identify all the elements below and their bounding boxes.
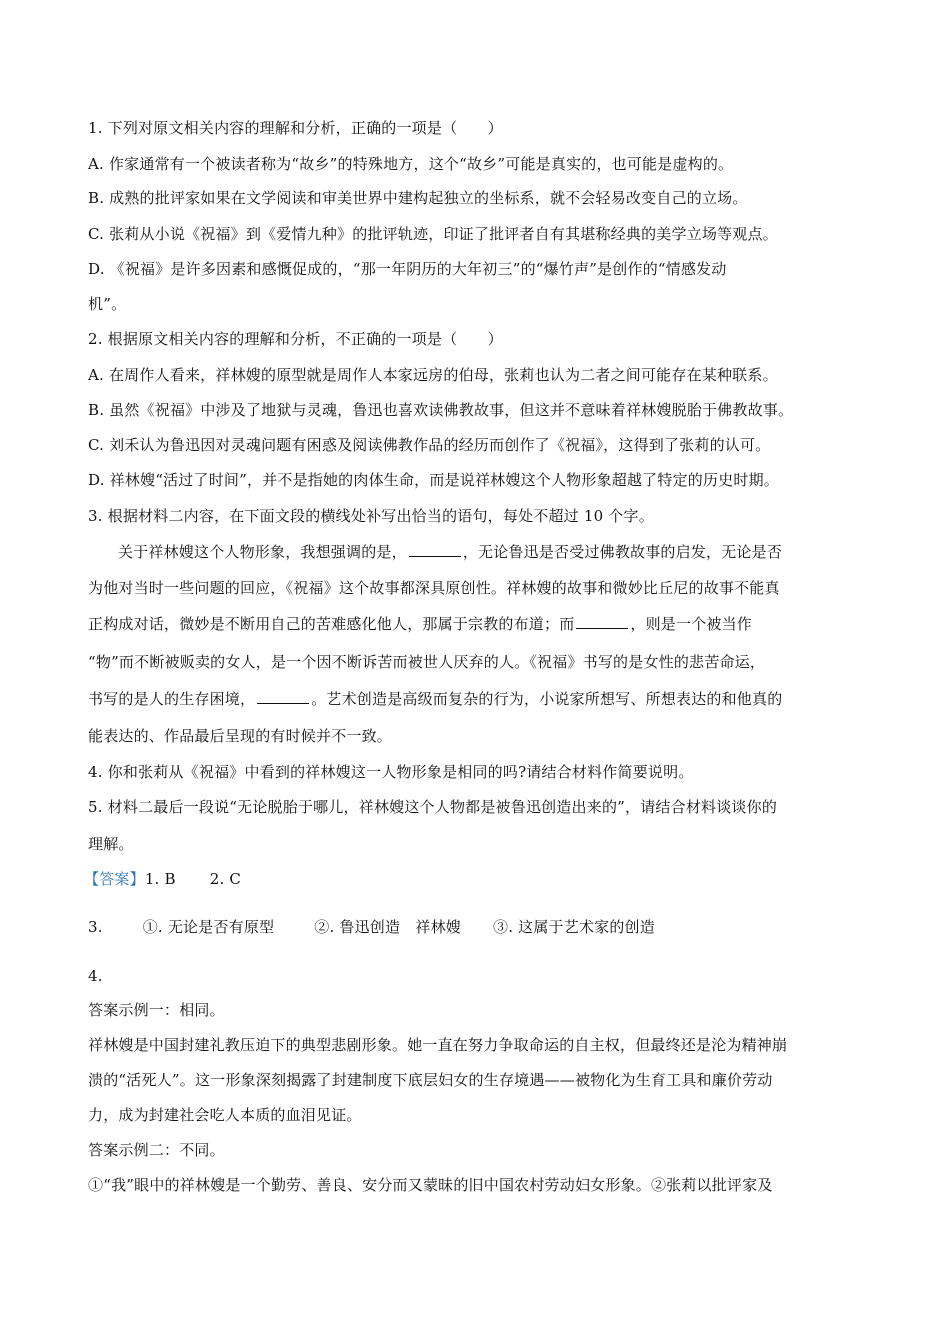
answer-2: 2. C bbox=[210, 870, 241, 888]
passage-line-2: 为他对当时一些问题的回应，《祝福》这个故事都深具原创性。祥林嫂的故事和微妙比丘尼… bbox=[88, 578, 780, 598]
question-4-stem: 4. 你和张莉从《祝福》中看到的祥林嫂这一人物形象是相同的吗?请结合材料作简要说… bbox=[88, 762, 694, 782]
passage-text: ，则是一个被当作 bbox=[630, 615, 752, 633]
answer-4-num: 4. bbox=[88, 966, 103, 986]
question-2-option-c: C. 刘禾认为鲁迅因对灵魂问题有困惑及阅读佛教作品的经历而创作了《祝福》，这得到… bbox=[88, 435, 770, 455]
passage-text: 关于祥林嫂这个人物形象，我想强调的是， bbox=[118, 543, 407, 561]
question-2-stem: 2. 根据原文相关内容的理解和分析，不正确的一项是（ ） bbox=[88, 329, 503, 349]
answer-4-line: 答案示例二：不同。 bbox=[88, 1140, 225, 1160]
question-1-option-d: D. 《祝福》是许多因素和感慨促成的，“那一年阴历的大年初三”的“爆竹声”是创作… bbox=[88, 259, 727, 279]
passage-line-1: 关于祥林嫂这个人物形象，我想强调的是，，无论鲁迅是否受过佛教故事的启发，无论是否 bbox=[118, 542, 782, 562]
answer-4-line: 答案示例一：相同。 bbox=[88, 1000, 225, 1020]
answer-3-num: 3. bbox=[88, 918, 103, 936]
question-1-stem: 1. 下列对原文相关内容的理解和分析，正确的一项是（ ） bbox=[88, 118, 503, 138]
passage-text: 书写的是人的生存困境， bbox=[88, 690, 255, 708]
question-2-option-d: D. 祥林嫂“活过了时间”，并不是指她的肉体生命，而是说祥林嫂这个人物形象超越了… bbox=[88, 470, 779, 490]
answer-3-item-1: ①. 无论是否有原型 bbox=[143, 918, 275, 936]
passage-line-6: 能表达的、作品最后呈现的有时候并不一致。 bbox=[88, 726, 392, 746]
answer-3-item-2: ②. 鲁迅创造 祥林嫂 bbox=[314, 918, 461, 936]
question-1-option-c: C. 张莉从小说《祝福》到《爱情九种》的批评轨迹，印证了批评者自有其堪称经典的美… bbox=[88, 224, 778, 244]
answer-3-item-3: ③. 这属于艺术家的创造 bbox=[493, 918, 655, 936]
answer-3: 3.①. 无论是否有原型②. 鲁迅创造 祥林嫂③. 这属于艺术家的创造 bbox=[88, 917, 655, 937]
answer-4-line: ①“我”眼中的祥林嫂是一个勤劳、善良、安分而又蒙昧的旧中国农村劳动妇女形象。②张… bbox=[88, 1175, 773, 1195]
question-1-option-a: A. 作家通常有一个被读者称为“故乡”的特殊地方，这个“故乡”可能是真实的，也可… bbox=[88, 154, 733, 174]
passage-text: 正构成对话，微妙是不断用自己的苦难感化他人，那属于宗教的布道；而 bbox=[88, 615, 574, 633]
fill-blank-2[interactable] bbox=[576, 614, 628, 629]
passage-text: 。艺术创造是高级而复杂的行为，小说家所想写、所想表达的和他真的 bbox=[311, 690, 782, 708]
answer-1: 1. B bbox=[145, 870, 176, 888]
question-5-stem: 5. 材料二最后一段说“无论脱胎于哪儿，祥林嫂这个人物都是被鲁迅创造出来的”，请… bbox=[88, 797, 777, 817]
question-2-option-a: A. 在周作人看来，祥林嫂的原型就是周作人本家远房的伯母，张莉也认为二者之间可能… bbox=[88, 365, 778, 385]
fill-blank-1[interactable] bbox=[409, 542, 461, 557]
passage-line-5: 书写的是人的生存困境，。艺术创造是高级而复杂的行为，小说家所想写、所想表达的和他… bbox=[88, 689, 782, 709]
passage-text: ，无论鲁迅是否受过佛教故事的启发，无论是否 bbox=[463, 543, 782, 561]
question-3-stem: 3. 根据材料二内容，在下面文段的横线处补写出恰当的语句，每处不超过 10 个字… bbox=[88, 506, 654, 526]
answer-tag: 【答案】 bbox=[84, 870, 145, 888]
answer-line-1: 【答案】1. B2. C bbox=[84, 869, 241, 889]
answer-4-line: 力，成为封建社会吃人本质的血泪见证。 bbox=[88, 1105, 362, 1125]
answer-4-line: 溃的“活死人”。这一形象深刻揭露了封建制度下底层妇女的生存境遇——被物化为生育工… bbox=[88, 1070, 773, 1090]
question-2-option-b: B. 虽然《祝福》中涉及了地狱与灵魂，鲁迅也喜欢读佛教故事，但这并不意味着祥林嫂… bbox=[88, 400, 793, 420]
passage-line-3: 正构成对话，微妙是不断用自己的苦难感化他人，那属于宗教的布道；而，则是一个被当作 bbox=[88, 614, 752, 634]
question-1-option-b: B. 成熟的批评家如果在文学阅读和审美世界中建构起独立的坐标系，就不会轻易改变自… bbox=[88, 188, 748, 208]
passage-line-4: “物”而不断被贩卖的女人，是一个因不断诉苦而被世人厌弃的人。《祝福》书写的是女性… bbox=[88, 652, 765, 672]
answer-4-line: 祥林嫂是中国封建礼教压迫下的典型悲剧形象。她一直在努力争取命运的自主权，但最终还… bbox=[88, 1035, 787, 1055]
fill-blank-3[interactable] bbox=[257, 689, 309, 704]
question-5-stem-cont: 理解。 bbox=[88, 834, 134, 854]
question-1-option-d-cont: 机”。 bbox=[88, 294, 126, 314]
